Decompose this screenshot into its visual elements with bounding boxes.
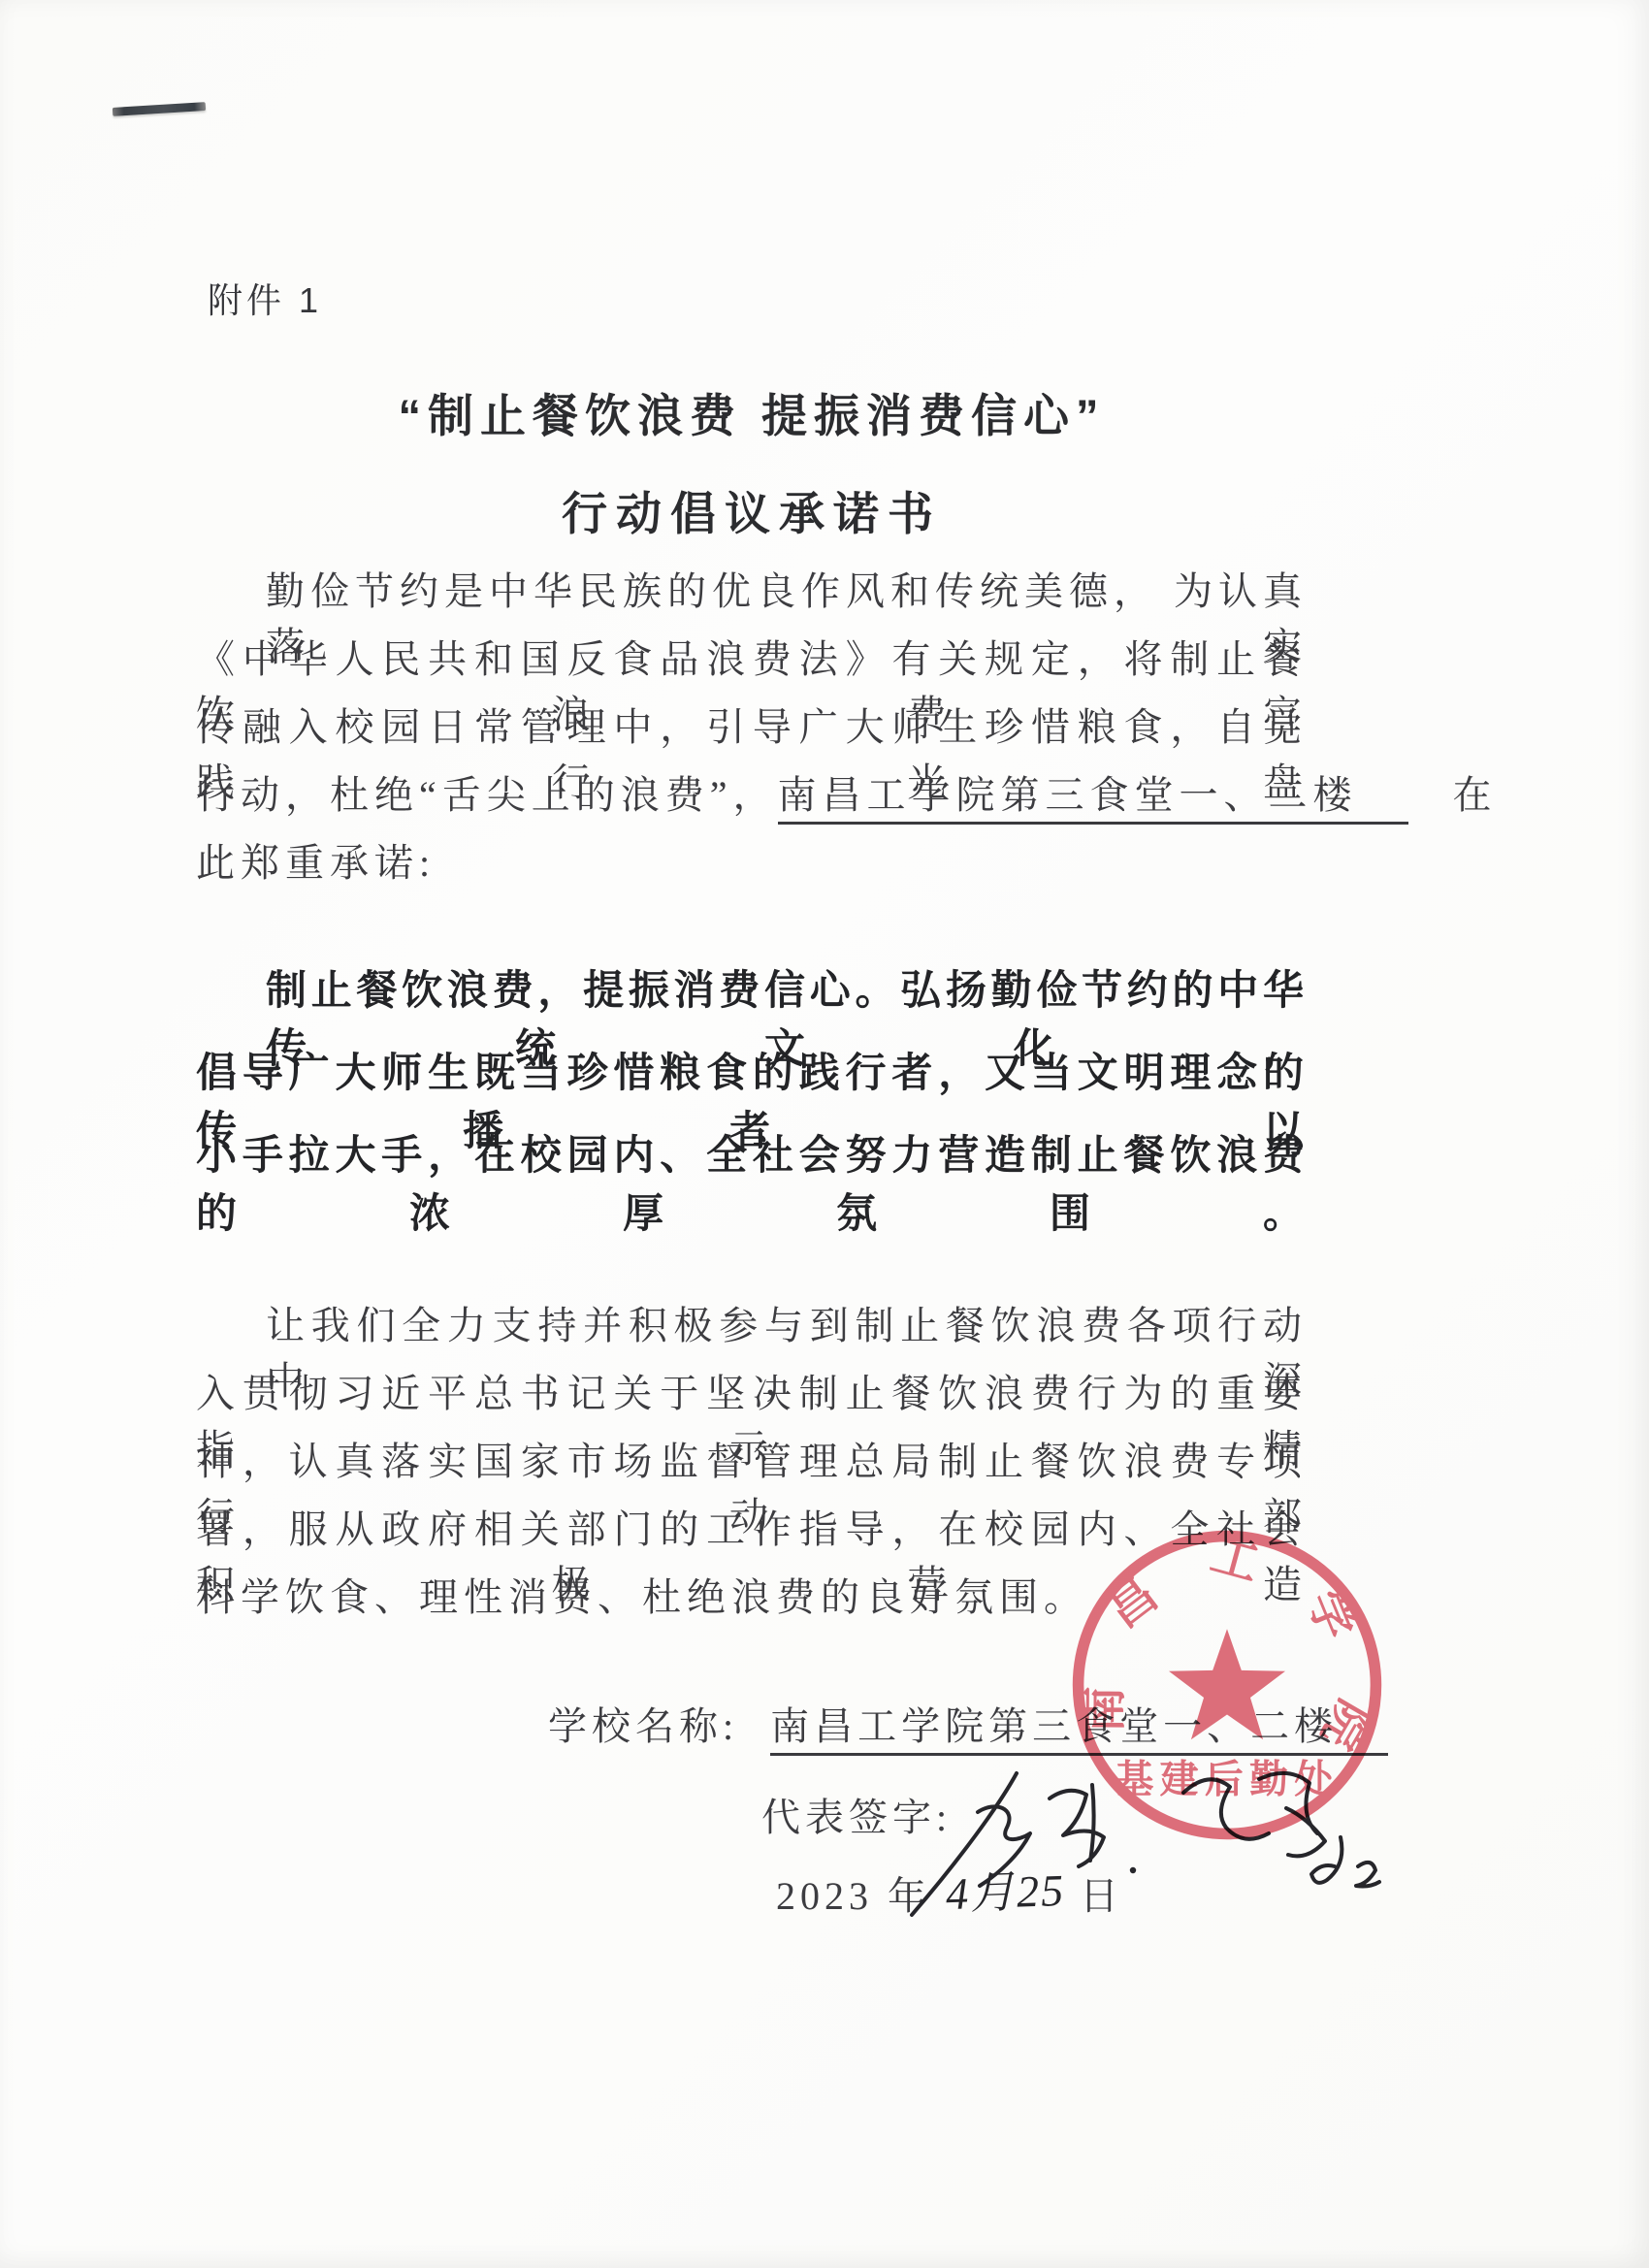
paragraph1-line5: 此郑重承诺:	[196, 832, 1308, 888]
seal-star-icon	[1169, 1629, 1285, 1739]
official-seal-stamp: 南昌工学院 基建后勤处	[1067, 1525, 1387, 1845]
scan-artifact-bar	[113, 102, 206, 116]
paragraph1-line4-pre: 行动，杜绝“舌尖上的浪费”，	[196, 773, 778, 817]
attachment-label: 附件 1	[208, 274, 322, 323]
scanned-document-page: 附件 1 “制止餐饮浪费 提振消费信心” 行动倡议承诺书 勤俭节约是中华民族的优…	[0, 0, 1649, 2268]
paragraph1-line4-post: 在	[1453, 773, 1498, 817]
school-name-inline-underlined: 南昌工学院第三食堂一、二楼	[778, 773, 1408, 825]
document-title-line1: “制止餐饮浪费 提振消费信心”	[194, 380, 1309, 445]
document-title-block: “制止餐饮浪费 提振消费信心” 行动倡议承诺书	[194, 380, 1309, 543]
paragraph2-line3: 小手拉大手，在校园内、全社会努力营造制止餐饮浪费的浓厚氛围。	[196, 1123, 1308, 1240]
school-name-label: 学校名称:	[548, 1704, 738, 1748]
document-title-line2: 行动倡议承诺书	[194, 478, 1309, 543]
seal-department-text: 基建后勤处	[1115, 1758, 1339, 1800]
signature-separator-dot	[1130, 1867, 1136, 1873]
paragraph1-line4: 行动，杜绝“舌尖上的浪费”，南昌工学院第三食堂一、二楼在	[196, 764, 1308, 820]
